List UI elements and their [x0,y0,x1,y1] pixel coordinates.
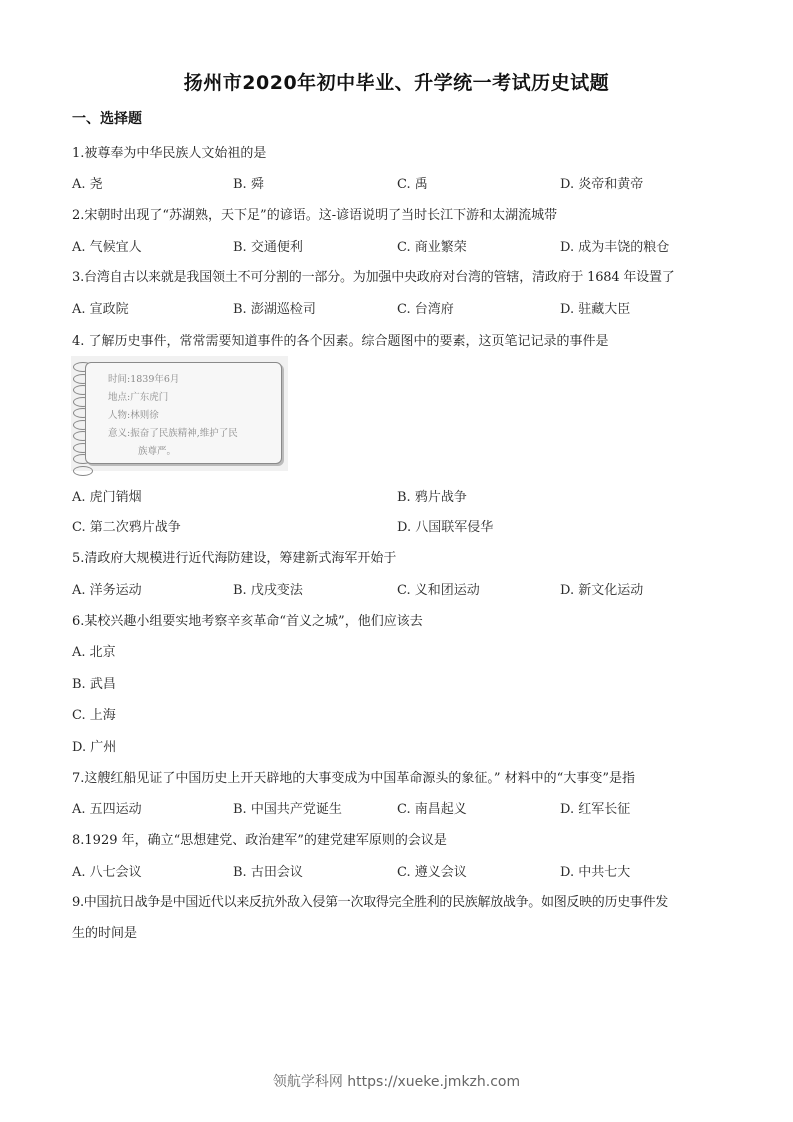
question-5-option-c: C. 义和团运动 [397,579,480,598]
note-significance-cont: 族尊严。 [138,443,176,457]
question-9-stem-line2: 生的时间是 [72,922,137,941]
question-3-stem: 3.台湾自古以来就是我国领土不可分割的一部分。为加强中央政府对台湾的管辖，清政府… [72,266,675,285]
page-title: 扬州市2020年初中毕业、升学统一考试历史试题 [0,68,793,95]
question-7-option-c: C. 南昌起义 [397,798,467,817]
question-4-stem: 4. 了解历史事件，常常需要知道事件的各个因素。综合题图中的要素，这页笔记记录的… [72,330,609,349]
question-2-option-a: A. 气候宜人 [72,236,142,255]
question-1-option-b: B. 舜 [233,173,264,192]
question-1-option-a: A. 尧 [72,173,103,192]
question-7-option-b: B. 中国共产党诞生 [233,798,342,817]
question-1-option-c: C. 禹 [397,173,428,192]
question-2-option-d: D. 成为丰饶的粮仓 [560,236,669,255]
question-3-option-a: A. 宣政院 [72,298,129,317]
note-page: 时间:1839年6月 地点:广东虎门 人物:林则徐 意义:振奋了民族精神,维护了… [85,362,282,464]
question-1-stem: 1.被尊奉为中华民族人文始祖的是 [72,142,266,161]
question-4-option-d: D. 八国联军侵华 [397,516,493,535]
question-1-option-d: D. 炎帝和黄帝 [560,173,643,192]
question-5-option-b: B. 戊戌变法 [233,579,303,598]
question-3-option-d: D. 驻藏大臣 [560,298,630,317]
question-2-stem: 2.宋朝时出现了“苏湖熟，天下足”的谚语。这-谚语说明了当时长江下游和太湖流城带 [72,204,557,223]
question-6-option-c: C. 上海 [72,704,116,723]
question-5-stem: 5.清政府大规模进行近代海防建设，筹建新式海军开始于 [72,547,396,566]
question-8-option-d: D. 中共七大 [560,861,630,880]
question-6-stem: 6.某校兴趣小组要实地考察辛亥革命“首义之城”，他们应该去 [72,610,423,629]
question-5-option-d: D. 新文化运动 [560,579,643,598]
question-3-option-b: B. 澎湖巡检司 [233,298,316,317]
question-6-option-a: A. 北京 [72,641,116,660]
question-4-option-b: B. 鸦片战争 [397,486,467,505]
question-4-option-c: C. 第二次鸦片战争 [72,516,181,535]
note-person: 人物:林则徐 [108,407,159,421]
note-significance: 意义:振奋了民族精神,维护了民 [108,425,238,439]
question-5-option-a: A. 洋务运动 [72,579,142,598]
question-4-option-a: A. 虎门销烟 [72,486,142,505]
question-2-option-b: B. 交通便利 [233,236,303,255]
question-7-option-a: A. 五四运动 [72,798,142,817]
footer-watermark: 领航学科网 https://xueke.jmkzh.com [0,1071,793,1091]
question-2-option-c: C. 商业繁荣 [397,236,467,255]
question-6-option-b: B. 武昌 [72,673,116,692]
exam-page: 扬州市2020年初中毕业、升学统一考试历史试题 一、选择题 1.被尊奉为中华民族… [0,0,793,1122]
note-time: 时间:1839年6月 [108,371,179,385]
notebook-figure: 时间:1839年6月 地点:广东虎门 人物:林则徐 意义:振奋了民族精神,维护了… [71,356,288,471]
question-8-option-b: B. 古田会议 [233,861,303,880]
question-9-stem-line1: 9.中国抗日战争是中国近代以来反抗外敌入侵第一次取得完全胜利的民族解放战争。如图… [72,891,668,910]
section-heading: 一、选择题 [72,108,142,128]
question-3-option-c: C. 台湾府 [397,298,454,317]
note-place: 地点:广东虎门 [108,389,168,403]
question-7-stem: 7.这艘红船见证了中国历史上开天辟地的大事变成为中国革命源头的象征。” 材料中的… [72,767,635,786]
question-8-option-c: C. 遵义会议 [397,861,467,880]
question-8-option-a: A. 八七会议 [72,861,142,880]
question-8-stem: 8.1929 年，确立“思想建党、政治建军”的建党建军原则的会议是 [72,829,447,848]
question-7-option-d: D. 红军长征 [560,798,630,817]
question-6-option-d: D. 广州 [72,736,116,755]
